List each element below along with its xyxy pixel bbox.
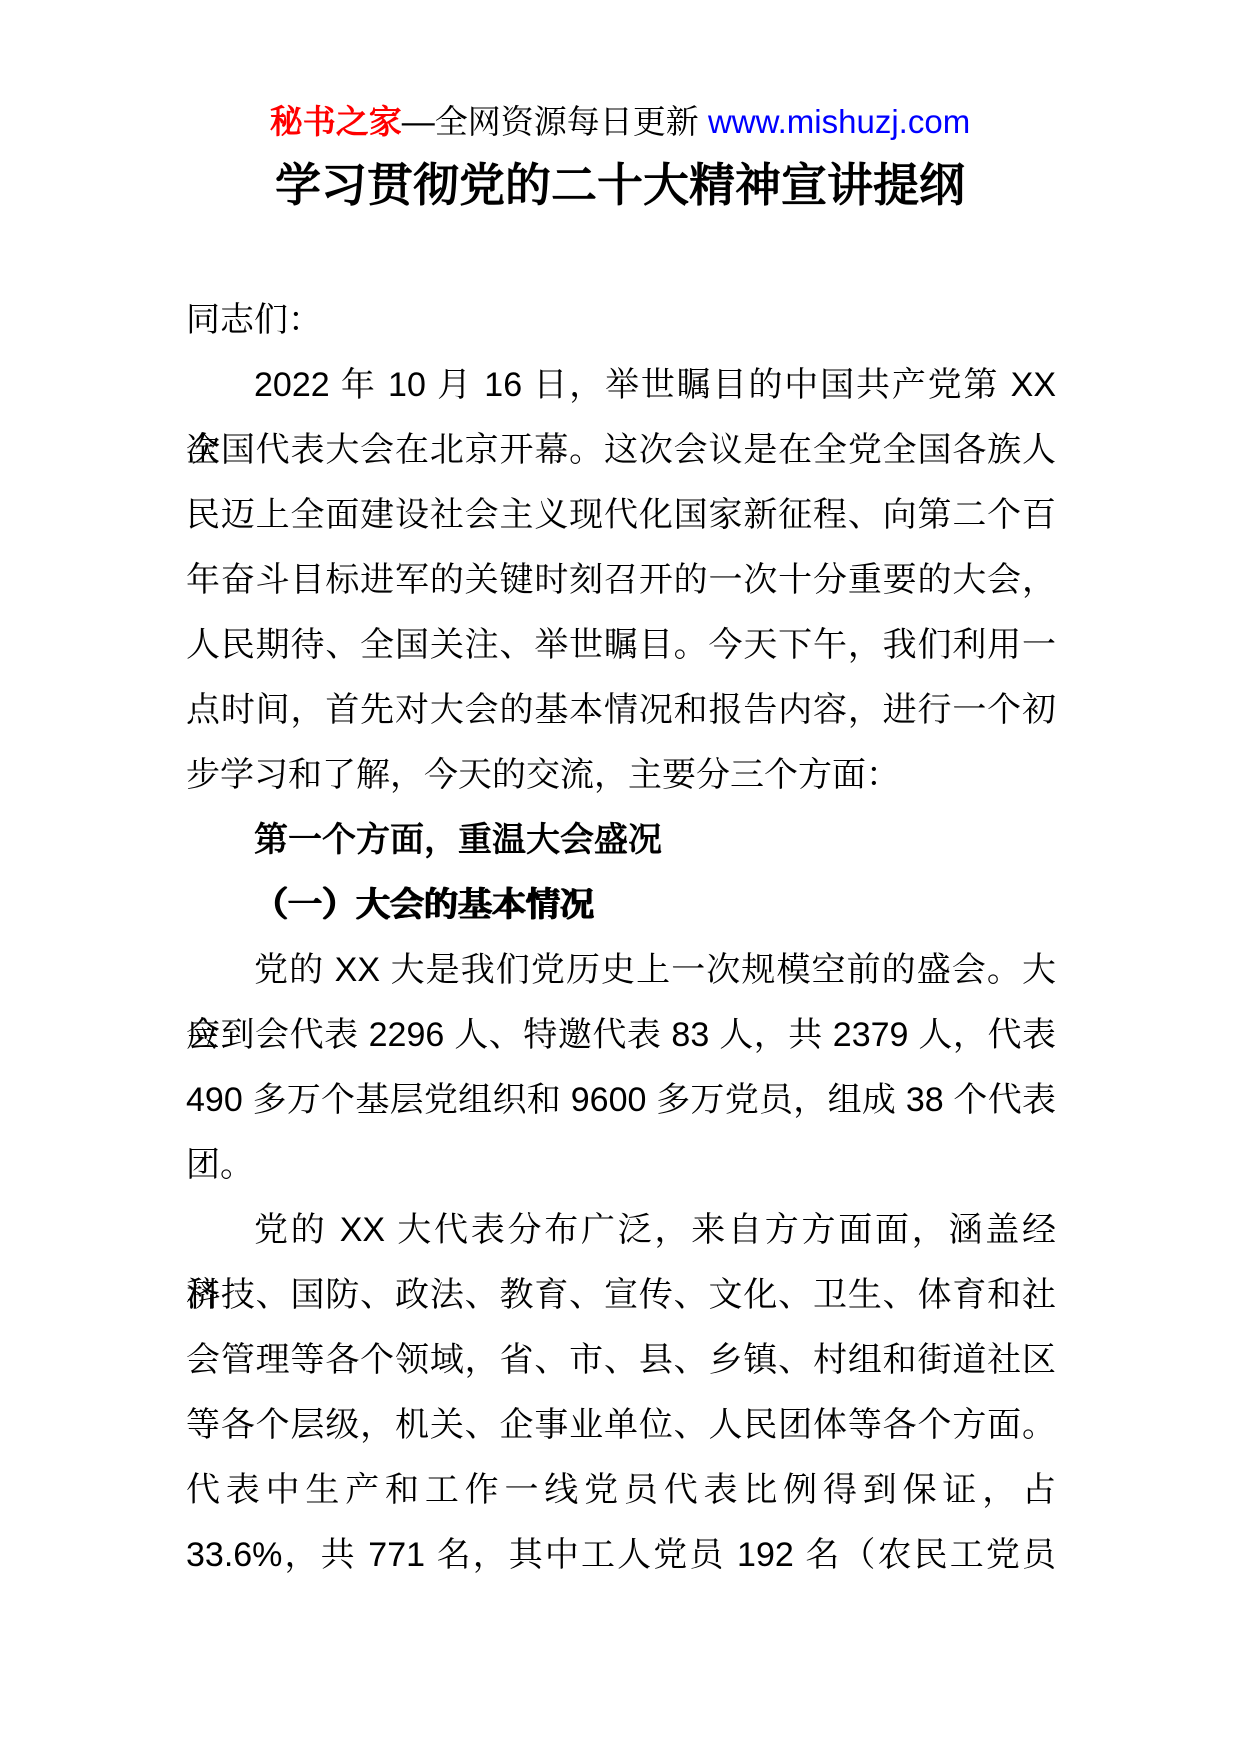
salutation-line: 同志们：: [186, 288, 1056, 353]
site-brand: 秘书之家: [270, 103, 402, 140]
site-header: 秘书之家—全网资源每日更新 www.mishuzj.com: [0, 99, 1240, 145]
body-line: 团。: [186, 1133, 1056, 1198]
body-line: 人民期待、全国关注、举世瞩目。今天下午，我们利用一: [186, 613, 1056, 678]
body-line: 会管理等各个领域，省、市、县、乡镇、村组和街道社区: [186, 1328, 1056, 1393]
body-line: 490 多万个基层党组织和 9600 多万党员，组成 38 个代表: [186, 1068, 1056, 1133]
body-line: 等各个层级，机关、企事业单位、人民团体等各个方面。: [186, 1393, 1056, 1458]
site-tagline: 全网资源每日更新: [435, 103, 708, 140]
body-line: 科技、国防、政法、教育、宣传、文化、卫生、体育和社: [186, 1263, 1056, 1328]
document-title: 学习贯彻党的二十大精神宣讲提纲: [0, 154, 1240, 216]
document-body: 同志们： 2022 年 10 月 16 日，举世瞩目的中国共产党第 XX 次 全…: [186, 288, 1056, 1588]
body-line: 点时间，首先对大会的基本情况和报告内容，进行一个初: [186, 678, 1056, 743]
body-line: 2022 年 10 月 16 日，举世瞩目的中国共产党第 XX 次: [186, 353, 1056, 418]
body-line: 党的 XX 大是我们党历史上一次规模空前的盛会。大会: [186, 938, 1056, 1003]
site-url-link[interactable]: www.mishuzj.com: [708, 103, 970, 140]
body-line: 民迈上全面建设社会主义现代化国家新征程、向第二个百: [186, 483, 1056, 548]
body-line: 步学习和了解，今天的交流，主要分三个方面：: [186, 743, 1056, 808]
body-line: 代表中生产和工作一线党员代表比例得到保证，占: [186, 1458, 1056, 1523]
body-line: 年奋斗目标进军的关键时刻召开的一次十分重要的大会，: [186, 548, 1056, 613]
part-heading: 第一个方面，重温大会盛况: [186, 808, 1056, 873]
section-heading: （一）大会的基本情况: [186, 873, 1056, 938]
document-page: 秘书之家—全网资源每日更新 www.mishuzj.com 学习贯彻党的二十大精…: [0, 0, 1240, 1754]
body-line: 全国代表大会在北京开幕。这次会议是在全党全国各族人: [186, 418, 1056, 483]
body-line: 33.6%，共 771 名，其中工人党员 192 名（农民工党员: [186, 1523, 1056, 1588]
brand-separator-dash: —: [402, 103, 435, 140]
body-line: 党的 XX 大代表分布广泛，来自方方面面，涵盖经济、: [186, 1198, 1056, 1263]
body-line: 应到会代表 2296 人、特邀代表 83 人，共 2379 人，代表: [186, 1003, 1056, 1068]
